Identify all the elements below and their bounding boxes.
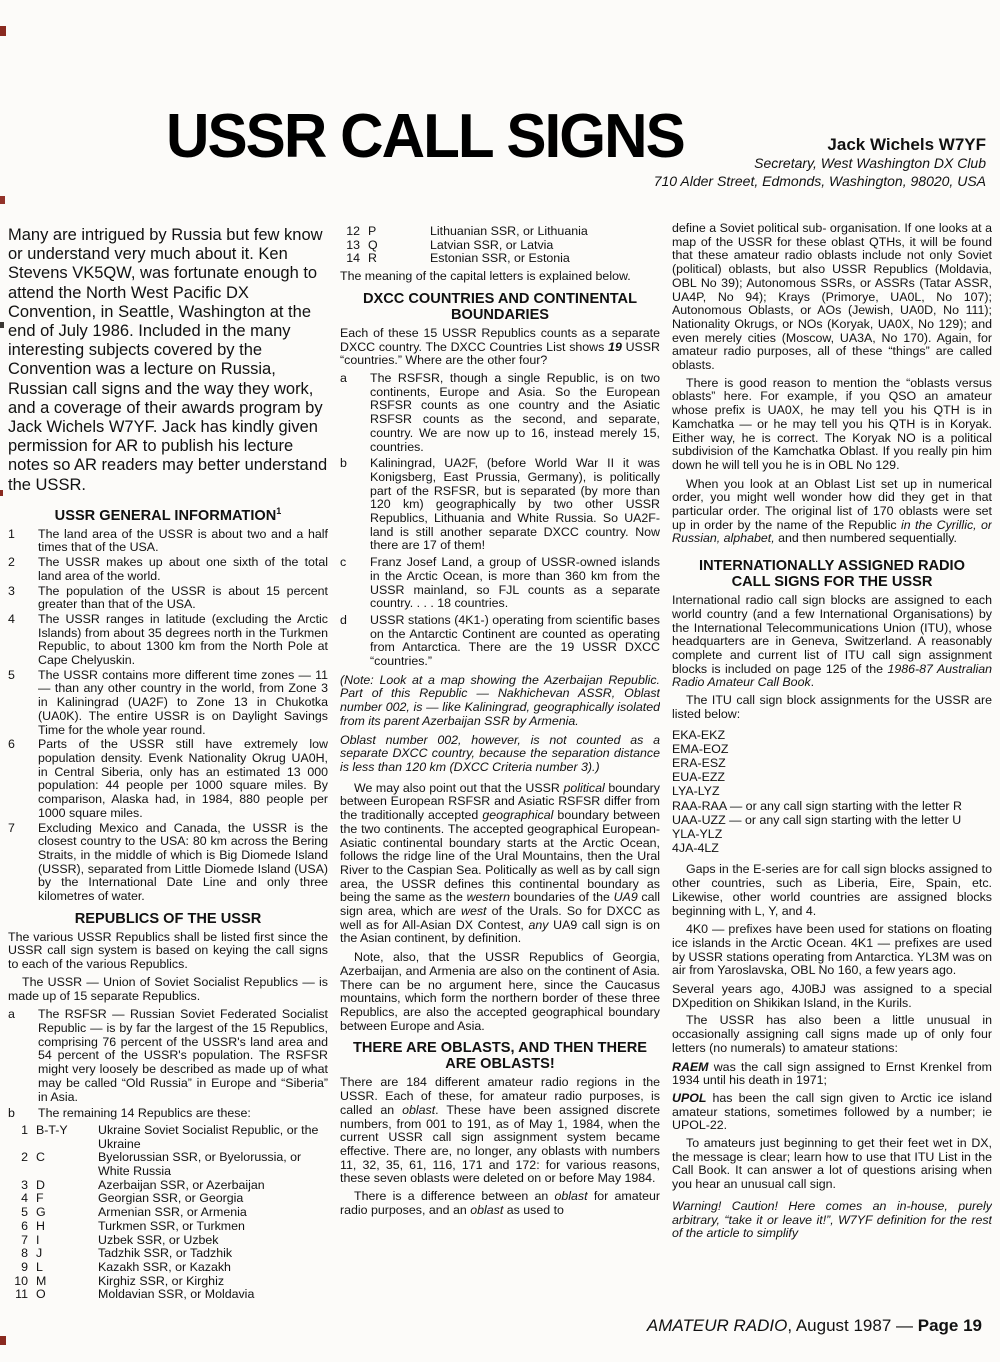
paragraph: The various USSR Republics shall be list… <box>8 931 328 972</box>
paragraph: We may also point out that the USSR poli… <box>340 782 660 946</box>
paragraph: International radio call sign blocks are… <box>672 594 992 690</box>
republic-row: 7IUzbek SSR, or Uzbek <box>8 1234 328 1248</box>
paragraph: Each of these 15 USSR Republics counts a… <box>340 327 660 368</box>
note-paragraph: (Note: Look at a map showing the Azerbai… <box>340 674 660 729</box>
page-number: Page 19 <box>918 1316 982 1335</box>
intro-paragraph: Many are intrigued by Russia but few kno… <box>8 226 328 495</box>
call-sign-block: ERA-ESZ <box>672 756 992 770</box>
paragraph: The USSR — Union of Soviet Socialist Rep… <box>8 976 328 1003</box>
call-sign-block: RAA-RAA — or any call sign starting with… <box>672 799 992 813</box>
list-item: 3The population of the USSR is about 15 … <box>8 585 328 612</box>
byline-address: 710 Alder Street, Edmonds, Washington, 9… <box>654 173 986 191</box>
lettered-item: aThe RSFSR, though a single Republic, is… <box>340 372 660 454</box>
section-heading-itu: INTERNATIONALLY ASSIGNED RADIO CALL SIGN… <box>678 558 986 590</box>
lettered-item: cFranz Josef Land, a group of USSR-owned… <box>340 556 660 611</box>
paragraph: RAEM was the call sign assigned to Ernst… <box>672 1061 992 1088</box>
lettered-item: bThe remaining 14 Republics are these: <box>8 1107 328 1121</box>
footnote-marker: 1 <box>276 506 281 516</box>
republic-row: 13QLatvian SSR, or Latvia <box>340 239 660 253</box>
scan-mark <box>0 26 6 36</box>
republic-row: 9LKazakh SSR, or Kazakh <box>8 1261 328 1275</box>
paragraph: Several years ago, 4J0BJ was assigned to… <box>672 983 992 1010</box>
byline-author: Jack Wichels W7YF <box>654 134 986 155</box>
paragraph: Gaps in the E-series are for call sign b… <box>672 863 992 918</box>
paragraph: There is a difference between an oblast … <box>340 1190 660 1217</box>
paragraph: There are 184 different amateur radio re… <box>340 1076 660 1186</box>
lettered-item: dUSSR stations (4K1-) operating from sci… <box>340 614 660 669</box>
footer-date: , August 1987 — <box>787 1316 917 1335</box>
paragraph: UPOL has been the call sign given to Arc… <box>672 1092 992 1133</box>
section-heading-oblasts: THERE ARE OBLASTS, AND THEN THERE ARE OB… <box>346 1040 654 1072</box>
paragraph: There is good reason to mention the “obl… <box>672 377 992 473</box>
republics-table: 1B-T-YUkraine Soviet Socialist Republic,… <box>8 1124 328 1302</box>
republic-row: 2CByelorussian SSR, or Byelorussia, or W… <box>8 1151 328 1178</box>
paragraph: To amateurs just beginning to get their … <box>672 1137 992 1192</box>
republic-row: 11OMoldavian SSR, or Moldavia <box>8 1288 328 1302</box>
page-footer: AMATEUR RADIO, August 1987 — Page 19 <box>647 1316 982 1336</box>
republic-row: 5GArmenian SSR, or Armenia <box>8 1206 328 1220</box>
article-columns: Many are intrigued by Russia but few kno… <box>8 222 992 1316</box>
paragraph: When you look at an Oblast List set up i… <box>672 478 992 547</box>
call-sign-block: 4JA-4LZ <box>672 841 992 855</box>
paragraph: The meaning of the capital letters is ex… <box>340 270 660 284</box>
republic-row: 8JTadzhik SSR, or Tadzhik <box>8 1247 328 1261</box>
call-sign-block: YLA-YLZ <box>672 827 992 841</box>
heading-text: USSR GENERAL INFORMATION <box>55 508 277 524</box>
section-heading-general-info: USSR GENERAL INFORMATION1 <box>14 507 322 524</box>
byline-role: Secretary, West Washington DX Club <box>654 155 986 173</box>
call-sign-block: UAA-UZZ — or any call sign starting with… <box>672 813 992 827</box>
lettered-item: aThe RSFSR — Russian Soviet Federated So… <box>8 1008 328 1104</box>
lettered-item: bKaliningrad, UA2F, (before World War II… <box>340 457 660 553</box>
republic-row: 1B-T-YUkraine Soviet Socialist Republic,… <box>8 1124 328 1151</box>
note-paragraph: Oblast number 002, however, is not count… <box>340 734 660 775</box>
column-1: Many are intrigued by Russia but few kno… <box>8 222 328 1316</box>
byline: Jack Wichels W7YF Secretary, West Washin… <box>654 134 986 190</box>
republic-row: 10MKirghiz SSR, or Kirghiz <box>8 1275 328 1289</box>
call-sign-block: EMA-EOZ <box>672 742 992 756</box>
call-sign-block: LYA-LYZ <box>672 784 992 798</box>
paragraph: The ITU call sign block assignments for … <box>672 694 992 721</box>
republics-table-continued: 12PLithuanian SSR, or Lithuania 13QLatvi… <box>340 225 660 266</box>
section-heading-dxcc: DXCC COUNTRIES AND CONTINENTAL BOUNDARIE… <box>346 291 654 323</box>
list-item: 6Parts of the USSR still have extremely … <box>8 738 328 820</box>
scan-mark <box>0 322 4 328</box>
paragraph: Note, also, that the USSR Republics of G… <box>340 951 660 1033</box>
scan-mark <box>0 196 5 204</box>
call-sign-block: EKA-EKZ <box>672 728 992 742</box>
list-item: 4The USSR ranges in latitude (excluding … <box>8 613 328 668</box>
list-item: 2The USSR makes up about one sixth of th… <box>8 556 328 583</box>
republic-row: 14REstonian SSR, or Estonia <box>340 252 660 266</box>
section-heading-republics: REPUBLICS OF THE USSR <box>14 911 322 927</box>
paragraph: The USSR has also been a little unusual … <box>672 1014 992 1055</box>
scan-mark <box>0 490 3 496</box>
list-item: 7Excluding Mexico and Canada, the USSR i… <box>8 822 328 904</box>
republic-row: 3DAzerbaijan SSR, or Azerbaijan <box>8 1179 328 1193</box>
column-2: 12PLithuanian SSR, or Lithuania 13QLatvi… <box>340 222 660 1316</box>
scan-mark <box>0 1336 6 1345</box>
republic-row: 6HTurkmen SSR, or Turkmen <box>8 1220 328 1234</box>
journal-name: AMATEUR RADIO <box>647 1316 787 1335</box>
list-item: 1The land area of the USSR is about two … <box>8 528 328 555</box>
republic-row: 4FGeorgian SSR, or Georgia <box>8 1192 328 1206</box>
magazine-page: USSR CALL SIGNS Jack Wichels W7YF Secret… <box>0 0 1000 1362</box>
call-sign-block-list: EKA-EKZ EMA-EOZ ERA-ESZ EUA-EZZ LYA-LYZ … <box>672 728 992 856</box>
page-title: USSR CALL SIGNS <box>166 106 684 168</box>
warning-paragraph: Warning! Caution! Here comes an in-house… <box>672 1200 992 1241</box>
column-3: define a Soviet political sub- organisat… <box>672 222 992 1316</box>
paragraph: 4K0 — prefixes have been used for statio… <box>672 923 992 978</box>
call-sign-block: EUA-EZZ <box>672 770 992 784</box>
list-item: 5The USSR contains more different time z… <box>8 669 328 738</box>
republic-row: 12PLithuanian SSR, or Lithuania <box>340 225 660 239</box>
paragraph: define a Soviet political sub- organisat… <box>672 222 992 373</box>
